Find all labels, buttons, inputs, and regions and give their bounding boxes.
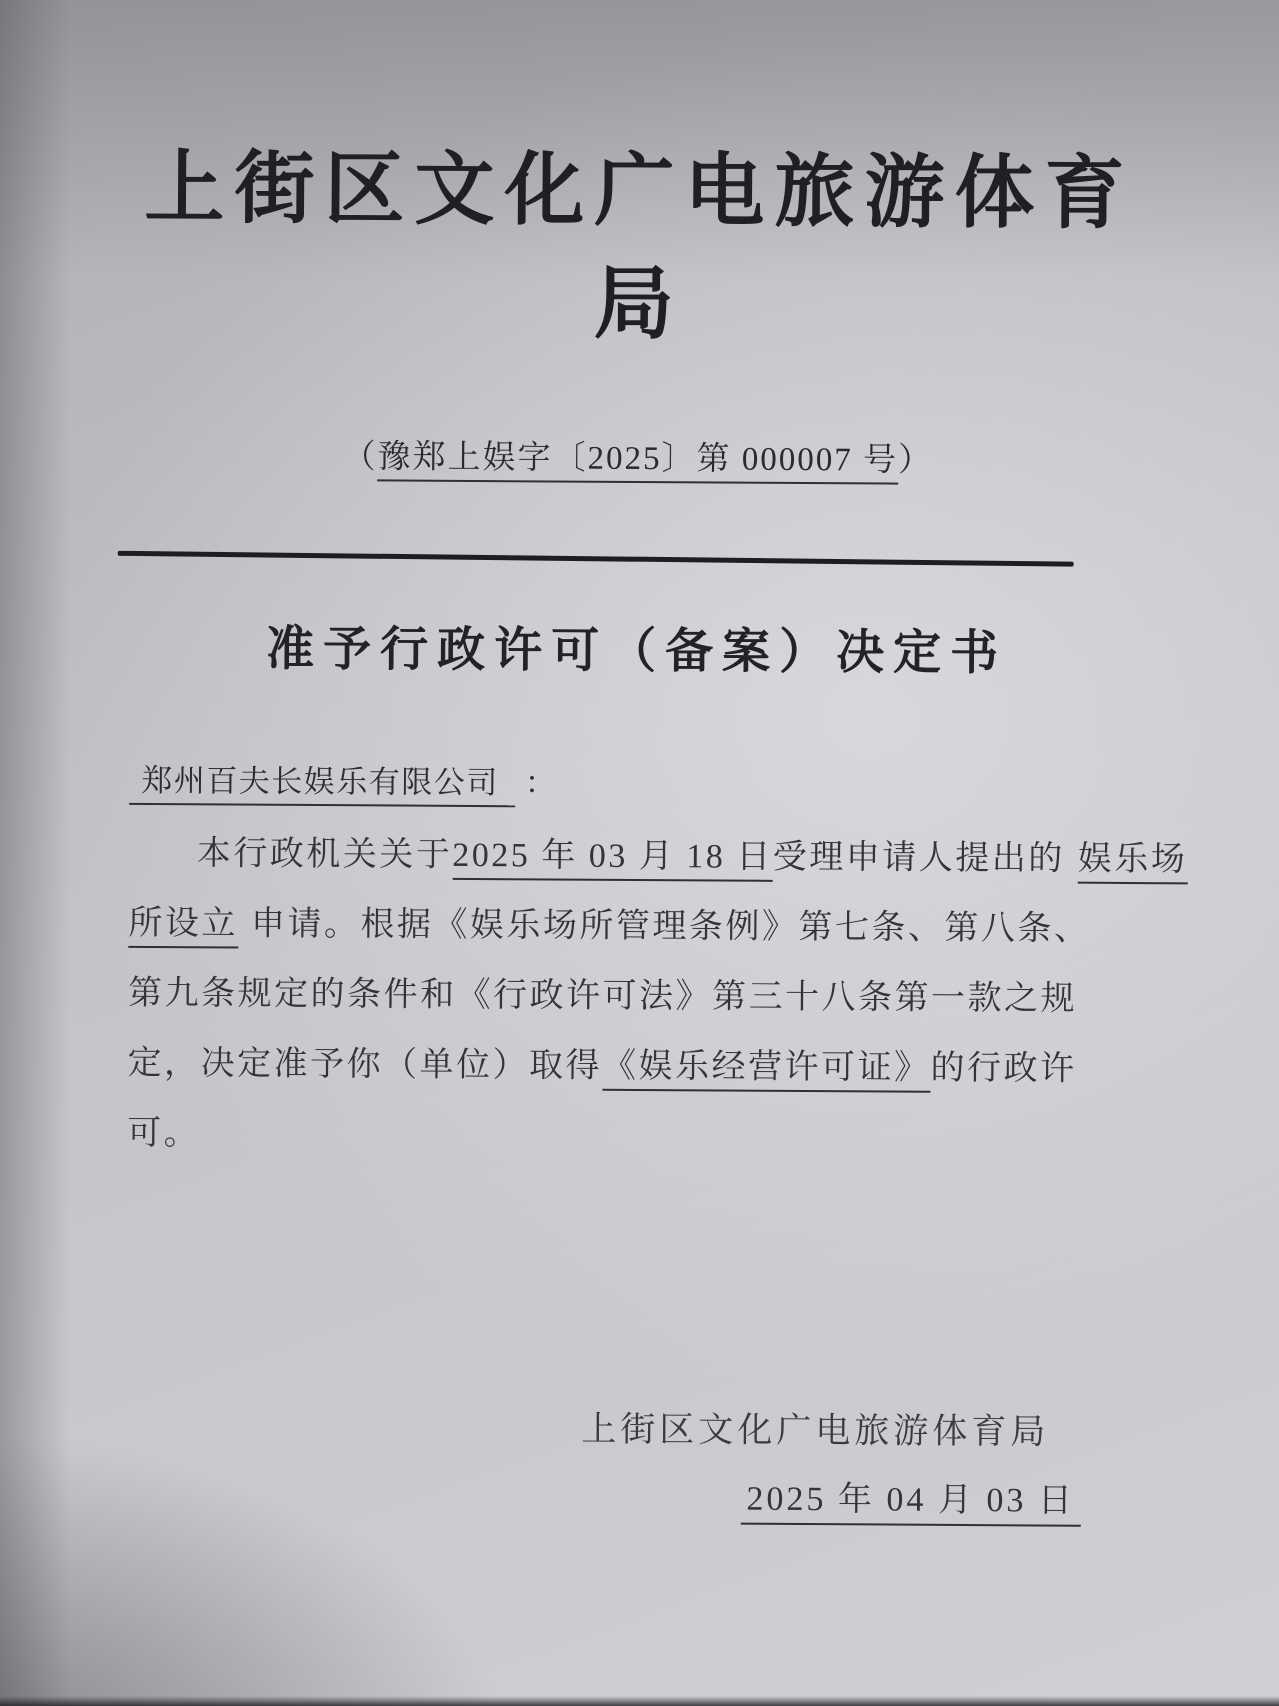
- document-number-text: 豫郑上娱字〔2025〕第 000007 号: [377, 439, 898, 484]
- issuing-authority-signature: 上街区文化广电旅游体育局: [581, 1402, 1049, 1455]
- application-type-underlined: 娱乐场: [1078, 841, 1188, 885]
- addressee-name: 郑州百夫长娱乐有限公司: [129, 763, 515, 807]
- body-line-5: 可。: [127, 1099, 1087, 1175]
- body-text: 本行政机关关于: [197, 835, 453, 874]
- body-text: 定，决定准予你（单位）取得: [127, 1045, 602, 1085]
- body-text: 受理申请人提出的: [773, 839, 1065, 878]
- horizontal-rule: [118, 551, 1074, 567]
- document-number-open-paren: （: [342, 439, 377, 475]
- document-content: 上街区文化广电旅游体育 局 （豫郑上娱字〔2025〕第 000007 号） 准予…: [0, 0, 1279, 1706]
- body-text: 第九条规定的条件和《行政许可法》第三十八条第一款之规: [128, 975, 1077, 1018]
- page-title-line1: 上街区文化广电旅游体育: [0, 130, 1279, 251]
- page-title: 上街区文化广电旅游体育 局: [0, 130, 1279, 364]
- addressee-line: 郑州百夫长娱乐有限公司：: [129, 755, 557, 803]
- addressee-colon: ：: [525, 765, 558, 800]
- license-name-underlined: 《娱乐经营许可证》: [602, 1048, 931, 1093]
- body-line-2: 所设立申请。根据《娱乐场所管理条例》第七条、第八条、: [128, 889, 1088, 965]
- issue-date: 2025 年 04 月 03 日: [740, 1471, 1081, 1522]
- body-text: 的行政许: [930, 1050, 1076, 1088]
- body-line-4: 定，决定准予你（单位）取得《娱乐经营许可证》的行政许: [127, 1029, 1087, 1105]
- body-line-3: 第九条规定的条件和《行政许可法》第三十八条第一款之规: [128, 959, 1088, 1035]
- document-number: （豫郑上娱字〔2025〕第 000007 号）: [0, 428, 1277, 483]
- document-heading: 准予行政许可（备案）决定书: [0, 608, 1276, 685]
- body-text: 可。: [127, 1115, 200, 1152]
- issue-date-text: 2025 年 04 月 03 日: [740, 1481, 1081, 1527]
- application-type-underlined: 所设立: [128, 905, 238, 949]
- accepted-date-underlined: 2025 年 03 月 18 日: [452, 837, 773, 882]
- body-text: 申请。根据《娱乐场所管理条例》第七条、第八条、: [251, 906, 1091, 948]
- body-line-1: 本行政机关关于2025 年 03 月 18 日受理申请人提出的娱乐场: [129, 819, 1089, 895]
- document-number-close-paren: ）: [898, 443, 933, 479]
- page-title-line2: 局: [0, 243, 1279, 364]
- body-paragraph: 本行政机关关于2025 年 03 月 18 日受理申请人提出的娱乐场 所设立申请…: [127, 819, 1089, 1175]
- photographed-document-page: 上街区文化广电旅游体育 局 （豫郑上娱字〔2025〕第 000007 号） 准予…: [0, 0, 1279, 1706]
